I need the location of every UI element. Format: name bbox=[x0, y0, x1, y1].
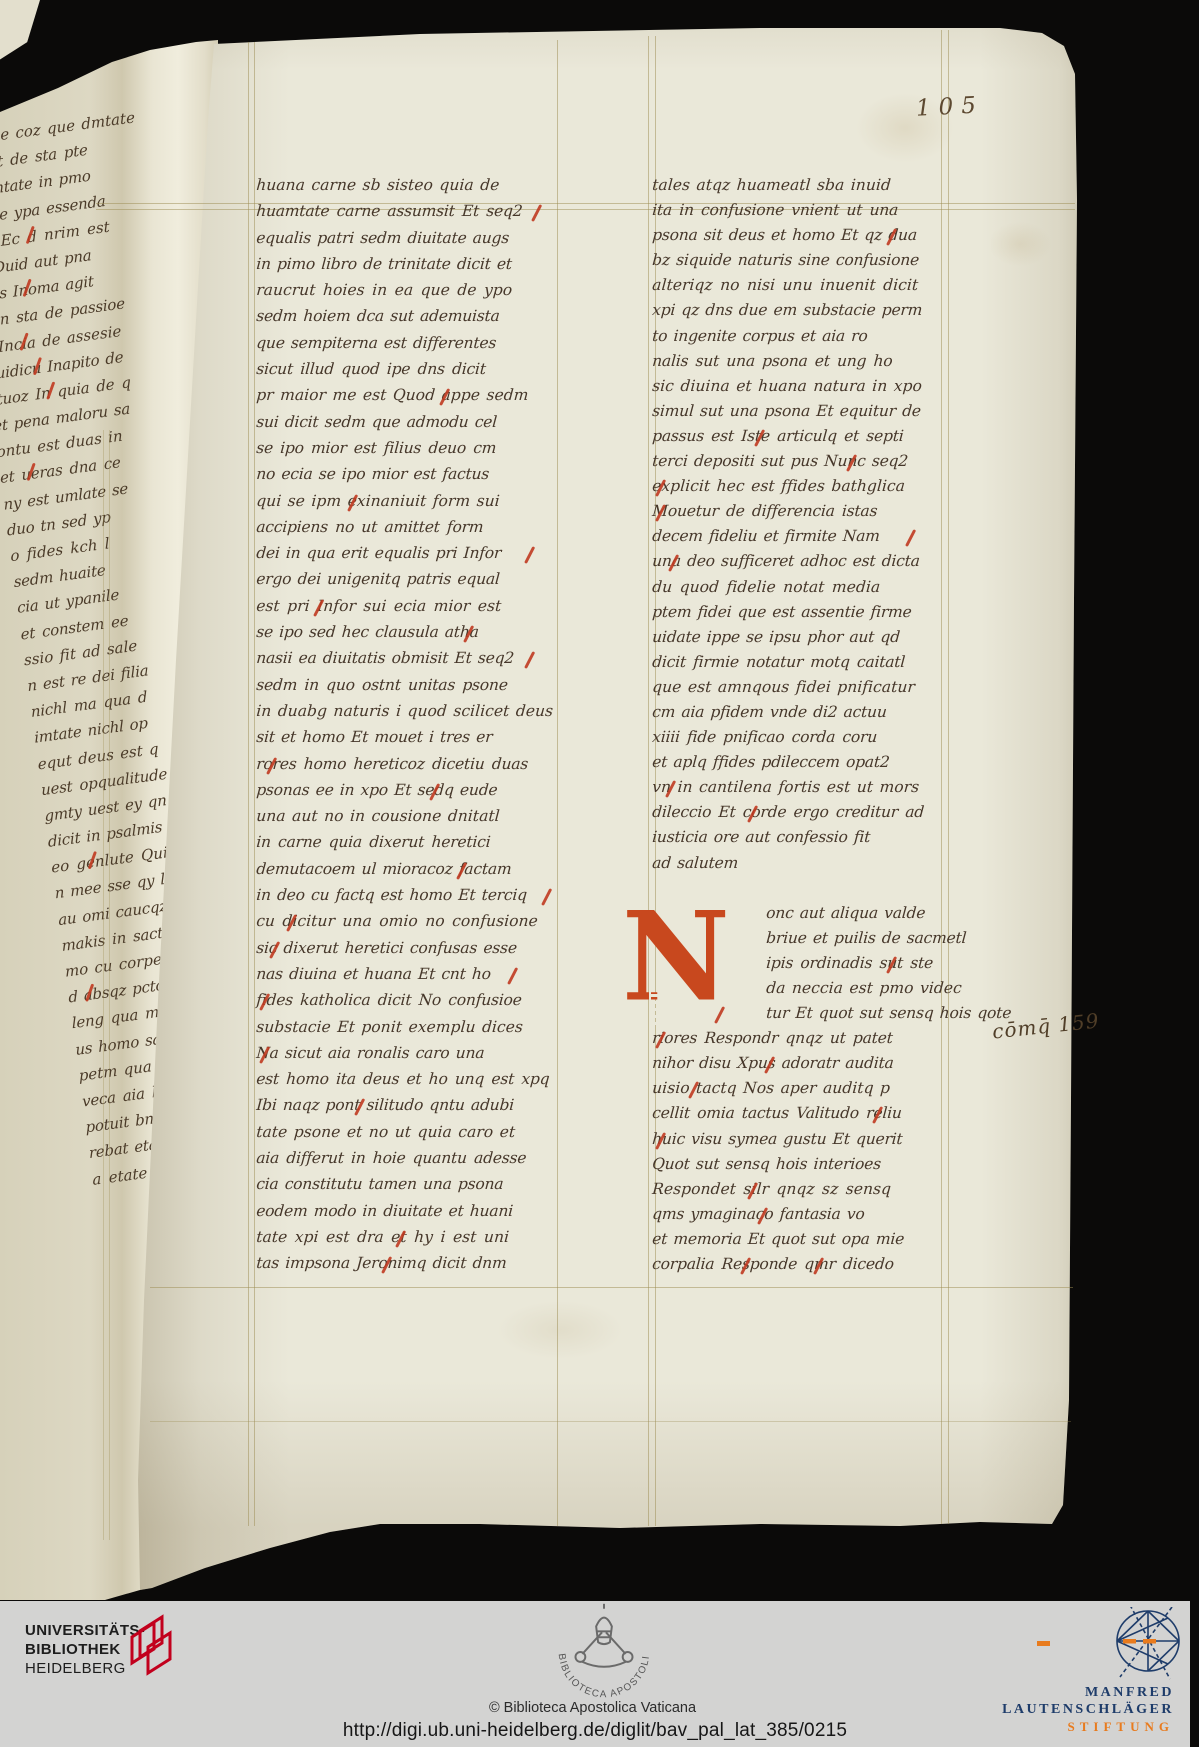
manuscript-line: aia differut in hoie quantu adesse bbox=[255, 1149, 597, 1175]
manuscript-line: rores homo hereticoz dicetiu duas bbox=[255, 755, 597, 781]
manuscript-line: eodem modo in diuitate et huani bbox=[255, 1202, 597, 1228]
manuscript-line: riores Respondr qnqz ut patet bbox=[651, 1029, 983, 1054]
manuscript-line: et memoria Et quot sut opa mie bbox=[651, 1230, 983, 1255]
stiftung-line1: MANFRED bbox=[1002, 1684, 1174, 1701]
manuscript-line: cu dicitur una omio no confusione bbox=[255, 912, 597, 938]
red-correction-mark bbox=[85, 984, 94, 1002]
manuscript-line: et aplq ffides pdileccem opat2 bbox=[651, 753, 983, 778]
red-correction-mark bbox=[886, 228, 897, 246]
manuscript-line: cellit omia tactus Valitudo reliu bbox=[651, 1104, 983, 1129]
manuscript-line: no ecia se ipo mior est factus bbox=[255, 465, 597, 491]
manuscript-line: ita in confusione vnient ut una bbox=[651, 201, 983, 226]
manuscript-line: nas diuina et huana Et cnt ho bbox=[255, 965, 597, 991]
stiftung-wordmark: MANFRED LAUTENSCHLÄGER STIFTUNG bbox=[1002, 1684, 1174, 1735]
manuscript-line: sit et homo Et mouet i tres er bbox=[255, 728, 597, 754]
manuscript-line: sui dicit sedm que admodu cel bbox=[255, 413, 597, 439]
svg-text:BIBLIOTECA APOSTOLICA VATICANA: BIBLIOTECA APOSTOLICA VATICANA bbox=[545, 1602, 652, 1700]
manuscript-line: uisio tactq Nos aper auditq p bbox=[651, 1079, 983, 1104]
manuscript-line: sedm in quo ostnt unitas psone bbox=[255, 676, 597, 702]
manuscript-line: accipiens no ut amittet form bbox=[255, 518, 597, 544]
stiftung-line2: LAUTENSCHLÄGER bbox=[1002, 1701, 1174, 1718]
red-correction-mark bbox=[269, 941, 280, 959]
manuscript-line: du quod fidelie notat media bbox=[651, 578, 983, 603]
ruling-line bbox=[648, 36, 649, 1526]
manuscript-line: iusticia ore aut confessio fit bbox=[651, 828, 983, 853]
manuscript-line: sic diuina et huana natura in xpo bbox=[651, 377, 983, 402]
manuscript-line: nalis sut una psona et ung ho bbox=[651, 352, 983, 377]
manuscript-line: huana carne sb sisteo quia de bbox=[255, 176, 597, 202]
manuscript-line: xiiii fide pnificao corda coru bbox=[651, 728, 983, 753]
manuscript-line: bz siquide naturis sine confusione bbox=[651, 251, 983, 276]
manuscript-line: Mouetur de differencia istas bbox=[651, 502, 983, 527]
ruling-line bbox=[150, 1421, 1071, 1422]
manuscript-line: sedm hoiem dca sut ademuista bbox=[255, 307, 597, 333]
manuscript-line: to ingenite corpus et aia ro bbox=[651, 327, 983, 352]
manuscript-line: una deo sufficeret adhoc est dicta bbox=[651, 552, 983, 577]
manuscript-line: Na sicut aia ronalis caro una bbox=[255, 1044, 597, 1070]
manuscript-line: dei in qua erit equalis pri Infor bbox=[255, 544, 597, 570]
ruling-line bbox=[150, 1287, 1073, 1288]
manuscript-line: est pri Infor sui ecia mior est bbox=[255, 597, 597, 623]
dash-icon bbox=[1037, 1641, 1050, 1646]
red-correction-mark bbox=[655, 1132, 666, 1150]
manuscript-line: alteriqz no nisi unu inuenit dicit bbox=[651, 276, 983, 301]
seal-arc-text: BIBLIOTECA APOSTOLICA VATICANA bbox=[545, 1602, 652, 1700]
manuscript-line: que est amnqous fidei pnificatur bbox=[651, 678, 983, 703]
red-correction-mark bbox=[266, 757, 277, 775]
red-correction-mark bbox=[846, 454, 857, 472]
manuscript-line: psonas ee in xpo Et sedq eude bbox=[255, 781, 597, 807]
manuscript-line: cm aia pfidem vnde di2 actuu bbox=[651, 703, 983, 728]
text-column-1: huana carne sb sisteo quia dehuamtate ca… bbox=[256, 176, 596, 1280]
stiftung-line3: STIFTUNG bbox=[1002, 1718, 1174, 1735]
folio-number: 105 bbox=[915, 92, 984, 122]
red-correction-mark bbox=[23, 279, 32, 297]
ruling-line bbox=[109, 430, 110, 1540]
red-correction-mark bbox=[754, 429, 765, 447]
manuscript-line: sicut illud quod ipe dns dicit bbox=[255, 360, 597, 386]
manuscript-line: explicit hec est ffides bathglica bbox=[651, 477, 983, 502]
red-correction-mark bbox=[286, 914, 297, 932]
page-corner-fragment bbox=[0, 0, 40, 62]
manuscript-line: nasii ea diuitatis obmisit Et seq2 bbox=[255, 649, 597, 675]
red-correction-mark bbox=[688, 1082, 699, 1100]
ub-heidelberg-logo-icon bbox=[124, 1613, 180, 1679]
manuscript-line: psona sit deus et homo Et qz dua bbox=[651, 226, 983, 251]
manuscript-line: que sempiterna est differentes bbox=[255, 334, 597, 360]
red-correction-mark bbox=[395, 1230, 406, 1248]
red-correction-mark bbox=[27, 463, 36, 481]
manuscript-line: tate psone et no ut quia caro et bbox=[255, 1123, 597, 1149]
red-correction-mark bbox=[354, 1099, 365, 1117]
manuscript-line: passus est Iste articulq et septi bbox=[651, 427, 983, 452]
red-correction-mark bbox=[757, 1207, 768, 1225]
text-column-2: tales atqz huameatl sba inuidita in conf… bbox=[652, 176, 982, 1280]
manuscript-line: raucrut hoies in ea que de ypo bbox=[255, 281, 597, 307]
manuscript-line: vn in cantilena fortis est ut mors bbox=[651, 778, 983, 803]
red-correction-mark bbox=[764, 1056, 775, 1074]
red-correction-mark bbox=[439, 389, 450, 407]
manuscript-line: uidate ippe se ipsu phor aut qd bbox=[651, 628, 983, 653]
lautenschlaeger-stiftung-logo-icon bbox=[1110, 1607, 1186, 1681]
manuscript-line: demutacoem ul mioracoz factam bbox=[255, 860, 597, 886]
red-correction-mark bbox=[668, 555, 679, 573]
manuscript-line: corpalia Responde qmr dicedo bbox=[651, 1255, 983, 1280]
manuscript-line: tales atqz huameatl sba inuid bbox=[651, 176, 983, 201]
illuminated-initial: N bbox=[622, 896, 730, 1019]
manuscript-line: pr maior me est Quod appe sedm bbox=[255, 386, 597, 412]
red-correction-mark bbox=[456, 862, 467, 880]
red-correction-mark bbox=[259, 993, 270, 1011]
manuscript-line: simul sut una psona Et equitur de bbox=[651, 402, 983, 427]
red-correction-mark bbox=[313, 599, 324, 617]
ruling-line bbox=[103, 430, 104, 1540]
ruling-line bbox=[254, 42, 255, 1526]
vatican-copyright: © Biblioteca Apostolica Vaticana bbox=[420, 1700, 765, 1716]
red-correction-mark bbox=[524, 546, 535, 564]
manuscript-line: in carne quia dixerut heretici bbox=[255, 833, 597, 859]
red-correction-mark bbox=[507, 967, 518, 985]
manuscript-line: xpi qz dns due em substacie perm bbox=[651, 301, 983, 326]
manuscript-line: se ipo sed hec clausula atha bbox=[255, 623, 597, 649]
red-correction-mark bbox=[740, 1257, 751, 1275]
red-correction-mark bbox=[531, 204, 542, 222]
manuscript-line: qui se ipm exinaniuit form sui bbox=[255, 492, 597, 518]
manuscript-line: in pimo libro de trinitate dicit et bbox=[255, 255, 597, 281]
red-correction-mark bbox=[347, 494, 358, 512]
red-correction-mark bbox=[259, 1046, 270, 1064]
red-correction-mark bbox=[872, 1107, 883, 1125]
manuscript-line: Ibi naqz pont silitudo qntu adubi bbox=[255, 1096, 597, 1122]
red-correction-mark bbox=[381, 1256, 392, 1274]
red-correction-mark bbox=[524, 652, 535, 670]
red-correction-mark bbox=[46, 381, 55, 399]
red-correction-mark bbox=[655, 479, 666, 497]
manuscript-line: dicit firmie notatur motq caitatl bbox=[651, 653, 983, 678]
red-correction-mark bbox=[20, 332, 29, 350]
manuscript-line: ad salutem bbox=[651, 854, 983, 879]
manuscript-line: tas impsona Jeronimq dicit dnm bbox=[255, 1254, 597, 1280]
manuscript-line: ergo dei unigenitq patris equal bbox=[255, 570, 597, 596]
red-correction-mark bbox=[26, 226, 35, 244]
manuscript-line: qms ymaginaco fantasia vo bbox=[651, 1205, 983, 1230]
red-correction-mark bbox=[541, 888, 552, 906]
red-correction-mark bbox=[463, 625, 474, 643]
manuscript-line: Respondet silr qnqz sz sensq bbox=[651, 1180, 983, 1205]
red-correction-mark bbox=[33, 357, 42, 375]
red-correction-mark bbox=[665, 780, 676, 798]
red-correction-mark bbox=[905, 529, 916, 547]
red-correction-mark bbox=[747, 806, 758, 824]
manuscript-line: dileccio Et corde ergo creditur ad bbox=[651, 803, 983, 828]
red-correction-mark bbox=[655, 504, 666, 522]
footer-bar: UNIVERSITÄTS- BIBLIOTHEK HEIDELBERG bbox=[0, 1601, 1190, 1747]
manuscript-line: in deo cu factq est homo Et terciq bbox=[255, 886, 597, 912]
manuscript-line: in duabg naturis i quod scilicet deus bbox=[255, 702, 597, 728]
digitized-manuscript-scan: symble coz que dmtatee agit de sta ptequ… bbox=[0, 0, 1199, 1747]
manuscript-line: sic dixerut heretici confusas esse bbox=[255, 939, 597, 965]
red-correction-mark bbox=[655, 1031, 666, 1049]
manuscript-line: nihor disu Xpus adoratr audita bbox=[651, 1054, 983, 1079]
initial-ornament bbox=[649, 990, 667, 1026]
ruling-line bbox=[248, 42, 249, 1526]
manuscript-line: decem fideliu et firmite Nam bbox=[651, 527, 983, 552]
manuscript-line: substacie Et ponit exemplu dices bbox=[255, 1018, 597, 1044]
red-correction-mark bbox=[88, 851, 97, 869]
manuscript-line: terci depositi sut pus Nunc seq2 bbox=[651, 452, 983, 477]
manuscript-line: equalis patri sedm diuitate augs bbox=[255, 229, 597, 255]
manuscript-line: tate xpi est dra et hy i est uni bbox=[255, 1228, 597, 1254]
red-correction-mark bbox=[429, 783, 440, 801]
manuscript-line: fides katholica dicit No confusioe bbox=[255, 991, 597, 1017]
red-correction-mark bbox=[747, 1182, 758, 1200]
vatican-library-seal-icon: BIBLIOTECA APOSTOLICA VATICANA bbox=[545, 1602, 663, 1702]
manuscript-line: se ipo mior est filius deuo cm bbox=[255, 439, 597, 465]
manuscript-line: Quot sut sensq hois interioes bbox=[651, 1155, 983, 1180]
manuscript-line: ptem fidei que est assentie firme bbox=[651, 603, 983, 628]
manuscript-line: cia constitutu tamen una psona bbox=[255, 1175, 597, 1201]
manuscript-line: una aut no in cousione dnitatl bbox=[255, 807, 597, 833]
manuscript-line: huic visu symea gustu Et querit bbox=[651, 1130, 983, 1155]
manuscript-line: est homo ita deus et ho unq est xpq bbox=[255, 1070, 597, 1096]
red-correction-mark bbox=[813, 1257, 824, 1275]
manuscript-line: huamtate carne assumsit Et seq2 bbox=[255, 202, 597, 228]
red-correction-mark bbox=[886, 956, 897, 974]
